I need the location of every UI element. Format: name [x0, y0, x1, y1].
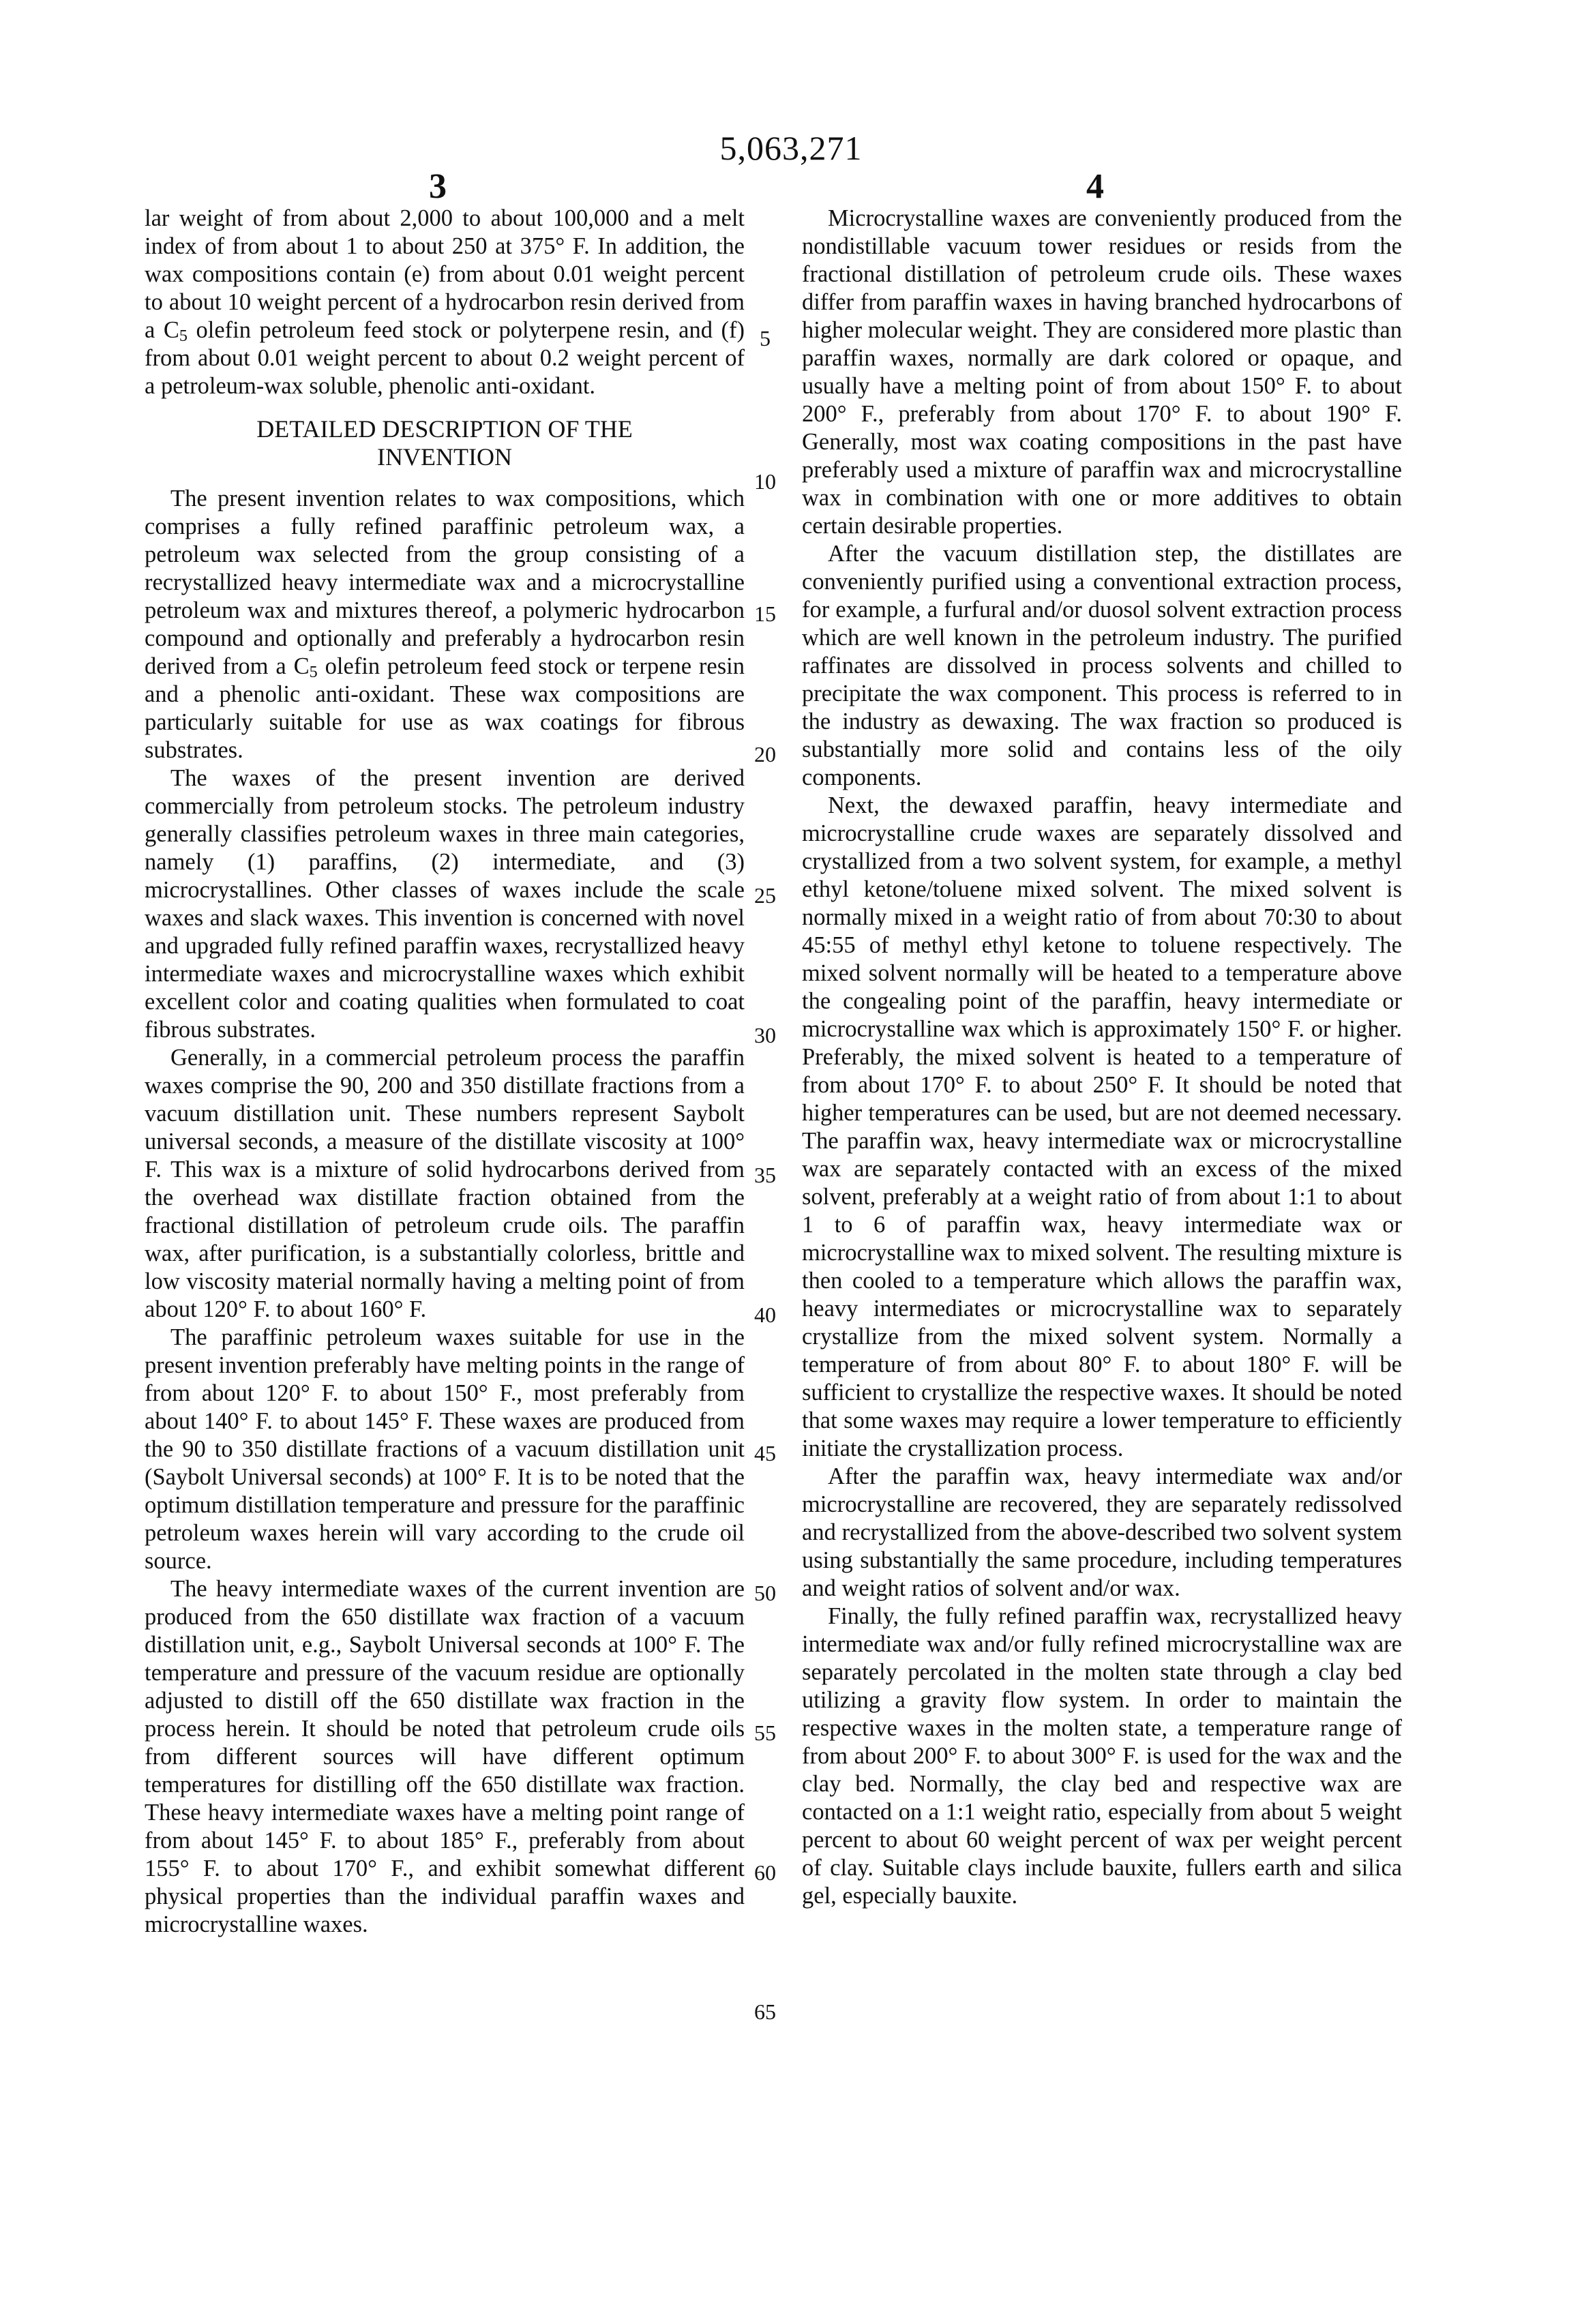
column-number-left: 3: [411, 166, 465, 207]
paragraph: Generally, in a commercial petroleum pro…: [145, 1044, 745, 1324]
paragraph: Microcrystalline waxes are conveniently …: [802, 205, 1402, 540]
paragraph: The heavy intermediate waxes of the curr…: [145, 1575, 745, 1939]
line-number: 40: [745, 1302, 786, 1328]
paragraph: Finally, the fully refined paraffin wax,…: [802, 1603, 1402, 1910]
paragraph: Next, the dewaxed paraffin, heavy interm…: [802, 792, 1402, 1463]
line-number: 60: [745, 1860, 786, 1886]
line-number: 15: [745, 601, 786, 627]
line-number: 10: [745, 469, 786, 494]
paragraph: The paraffinic petroleum waxes suitable …: [145, 1324, 745, 1575]
line-number: 5: [745, 326, 786, 351]
paragraph: The waxes of the present invention are d…: [145, 764, 745, 1044]
left-column: lar weight of from about 2,000 to about …: [145, 205, 745, 1939]
patent-number: 5,063,271: [0, 128, 1582, 168]
section-heading: DETAILED DESCRIPTION OF THE INVENTION: [145, 415, 745, 471]
line-number: 20: [745, 742, 786, 767]
column-number-right: 4: [1068, 166, 1122, 207]
line-number: 65: [745, 1999, 786, 2025]
line-number: 50: [745, 1581, 786, 1606]
paragraph: After the vacuum distillation step, the …: [802, 540, 1402, 792]
line-number: 45: [745, 1441, 786, 1466]
line-number: 55: [745, 1720, 786, 1746]
line-number: 30: [745, 1023, 786, 1048]
paragraph: After the paraffin wax, heavy intermedia…: [802, 1463, 1402, 1603]
paragraph: lar weight of from about 2,000 to about …: [145, 205, 745, 400]
paragraph: The present invention relates to wax com…: [145, 485, 745, 764]
right-column: Microcrystalline waxes are conveniently …: [802, 205, 1402, 1910]
line-number: 35: [745, 1163, 786, 1188]
line-number: 25: [745, 883, 786, 908]
